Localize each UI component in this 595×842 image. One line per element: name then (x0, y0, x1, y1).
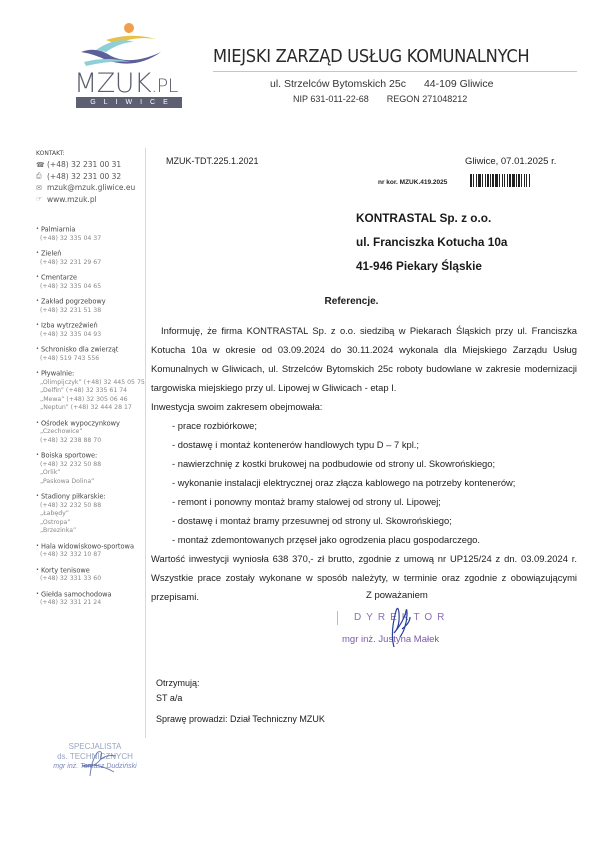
service-item: Pływalnie:„Olimpijczyk” (+48) 32 445 05 … (36, 369, 142, 413)
web-icon: ☞ (36, 195, 47, 203)
recipient-city: 41-946 Piekary Śląskie (356, 254, 507, 278)
organization-address: ul. Strzelców Bytomskich 25c44-109 Gliwi… (270, 78, 493, 90)
barcode (470, 174, 578, 187)
service-item: Boiska sportowe:(+48) 32 232 50 88„Orlik… (36, 451, 142, 486)
handled-by: Sprawę prowadzi: Dział Techniczny MZUK (156, 714, 325, 724)
recipient-name: KONTRASTAL Sp. z o.o. (356, 206, 507, 230)
letter-closing: Wartość inwestycji wyniosła 638 370,- zł… (151, 549, 577, 606)
scope-item: dostawę i montaż kontenerów handlowych t… (172, 435, 577, 454)
letter-intro: Informuję, że firma KONTRASTAL Sp. z o.o… (151, 321, 577, 397)
service-detail: (+48) 32 232 50 88 (36, 461, 142, 470)
service-name: Palmiarnia (36, 225, 142, 235)
contact-heading: KONTAKT: (36, 150, 142, 157)
service-name: Cmentarze (36, 273, 142, 283)
service-detail: „Delfin” (+48) 32 335 61 74 (36, 387, 142, 396)
organization-name: MIEJSKI ZARZĄD USŁUG KOMUNALNYCH (213, 47, 529, 67)
service-detail: „Brzezinka” (36, 527, 142, 536)
phone-icon: ☎ (36, 161, 47, 169)
service-name: Hala widowiskowo-sportowa (36, 542, 142, 552)
service-name: Ośrodek wypoczynkowy (36, 419, 142, 429)
recipients-value: ST a/a (156, 693, 182, 703)
scope-list: prace rozbiórkowe;dostawę i montaż konte… (151, 416, 577, 549)
email-icon: ✉ (36, 184, 47, 192)
service-detail: (+48) 32 231 29 67 (36, 259, 142, 268)
contact-value: www.mzuk.pl (47, 195, 97, 204)
stamp-bracket (337, 611, 339, 625)
service-detail: (+48) 32 335 04 37 (36, 235, 142, 244)
recipient-street: ul. Franciszka Kotucha 10a (356, 230, 507, 254)
service-item: Korty tenisowe(+48) 32 331 33 60 (36, 566, 142, 584)
service-detail: (+48) 32 335 04 93 (36, 331, 142, 340)
service-item: Izba wytrzeźwień(+48) 32 335 04 93 (36, 321, 142, 339)
service-name: Schronisko dla zwierząt (36, 345, 142, 355)
service-name: Korty tenisowe (36, 566, 142, 576)
logo-wordmark: MZUK.PL (74, 68, 178, 99)
service-name: Stadiony piłkarskie: (36, 492, 142, 502)
recipient-address: KONTRASTAL Sp. z o.o. ul. Franciszka Kot… (356, 206, 507, 278)
service-item: Giełda samochodowa(+48) 32 331 21 24 (36, 590, 142, 608)
scope-item: montaż zdemontowanych przęseł jako ogrod… (172, 530, 577, 549)
service-detail: „Paskowa Dolina” (36, 478, 142, 487)
service-item: Schronisko dla zwierząt(+48) 519 743 556 (36, 345, 142, 363)
service-item: Hala widowiskowo-sportowa(+48) 32 332 10… (36, 542, 142, 560)
closing-greeting: Z poważaniem (366, 590, 428, 601)
service-detail: „Łabędy” (36, 510, 142, 519)
contact-row: ✉mzuk@mzuk.gliwice.eu (36, 182, 142, 194)
scope-item: nawierzchnię z kostki brukowej na podbud… (172, 454, 577, 473)
handwritten-signature-icon (380, 603, 420, 649)
sidebar-divider (145, 148, 146, 738)
letter-body: Informuję, że firma KONTRASTAL Sp. z o.o… (151, 321, 577, 606)
header-divider (213, 71, 577, 72)
service-name: Izba wytrzeźwień (36, 321, 142, 331)
logo-city-band: GLIWICE (76, 97, 182, 108)
service-detail: (+48) 32 335 04 65 (36, 283, 142, 292)
mzuk-logo: MZUK.PL GLIWICE (66, 22, 186, 108)
service-item: Ośrodek wypoczynkowy„Czechowice”(+48) 32… (36, 419, 142, 446)
scope-item: wykonanie instalacji elektrycznej oraz z… (172, 473, 577, 492)
service-item: Cmentarze(+48) 32 335 04 65 (36, 273, 142, 291)
fax-icon: ⎙ (36, 172, 47, 181)
contact-row: ☎(+48) 32 231 00 31 (36, 159, 142, 171)
contact-sidebar: KONTAKT: ☎(+48) 32 231 00 31⎙(+48) 32 23… (36, 150, 142, 614)
contact-row: ⎙(+48) 32 231 00 32 (36, 171, 142, 183)
service-detail: (+48) 519 743 556 (36, 355, 142, 364)
contact-value: (+48) 32 231 00 32 (47, 172, 121, 181)
service-detail: (+48) 32 238 88 70 (36, 437, 142, 446)
service-detail: (+48) 32 231 51 38 (36, 307, 142, 316)
contact-row: ☞www.mzuk.pl (36, 194, 142, 206)
service-name: Zieleń (36, 249, 142, 259)
service-name: Pływalnie: (36, 369, 142, 379)
correspondence-number: nr kor. MZUK.419.2025 (378, 179, 447, 186)
service-name: Giełda samochodowa (36, 590, 142, 600)
service-detail: „Ostropa” (36, 519, 142, 528)
organization-ids: NIP 631-011-22-68REGON 271048212 (293, 94, 467, 104)
place-date: Gliwice, 07.01.2025 r. (465, 156, 556, 167)
logo-swoosh-icon (76, 22, 166, 67)
service-detail: „Neptun” (+48) 32 444 28 17 (36, 404, 142, 413)
scope-item: dostawę i montaż bramy przesuwnej od str… (172, 511, 577, 530)
scope-intro: Inwestycja swoim zakresem obejmowała: (151, 397, 577, 416)
service-detail: „Olimpijczyk” (+48) 32 445 05 75 (36, 379, 142, 388)
service-detail: (+48) 32 331 21 24 (36, 599, 142, 608)
service-item: Stadiony piłkarskie:(+48) 32 232 50 88„Ł… (36, 492, 142, 536)
recipients-label: Otrzymują: (156, 678, 200, 688)
service-detail: (+48) 32 331 33 60 (36, 575, 142, 584)
service-item: Zieleń(+48) 32 231 29 67 (36, 249, 142, 267)
specialist-signature-icon (70, 748, 120, 778)
service-detail: „Mewa” (+48) 32 305 06 46 (36, 396, 142, 405)
service-detail: (+48) 32 232 50 88 (36, 502, 142, 511)
contact-value: mzuk@mzuk.gliwice.eu (47, 183, 135, 192)
scope-item: prace rozbiórkowe; (172, 416, 577, 435)
service-detail: „Czechowice” (36, 428, 142, 437)
contact-value: (+48) 32 231 00 31 (47, 160, 121, 169)
reference-number: MZUK-TDT.225.1.2021 (166, 156, 259, 166)
service-item: Palmiarnia(+48) 32 335 04 37 (36, 225, 142, 243)
service-name: Boiska sportowe: (36, 451, 142, 461)
letter-subject: Referencje. (0, 296, 595, 307)
scope-item: remont i ponowny montaż bramy stalowej o… (172, 492, 577, 511)
service-detail: „Orlik” (36, 469, 142, 478)
service-detail: (+48) 32 332 10 87 (36, 551, 142, 560)
